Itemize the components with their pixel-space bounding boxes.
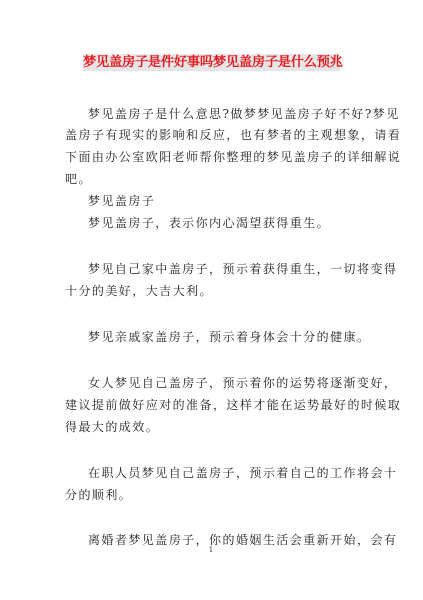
- text-line: 梦见盖房子: [88, 193, 380, 209]
- text-line: 离婚者梦见盖房子，你的婚姻生活会重新开始，会有: [88, 532, 380, 548]
- text-line: 十分的美好，大吉大利。: [65, 283, 357, 299]
- text-line: 女人梦见自己盖房子，预示着你的运势将逐渐变好，: [88, 375, 380, 391]
- text-line: 下面由办公室欧阳老师帮你整理的梦见盖房子的详细解说: [65, 149, 357, 165]
- text-line: 盖房子有现实的影响和反应，也有梦者的主观想象，请看: [65, 127, 357, 143]
- text-line: 梦见盖房子是什么意思?做梦梦见盖房子好不好?梦见: [88, 106, 380, 122]
- document-title: 梦见盖房子是件好事吗梦见盖房子是什么预兆: [83, 54, 340, 71]
- text-line: 在职人员梦见自己盖房子，预示着自己的工作将会十: [88, 465, 380, 481]
- text-line: 梦见盖房子，表示你内心渴望获得重生。: [88, 215, 380, 231]
- text-line: 得最大的成效。: [65, 419, 357, 435]
- text-line: 梦见自己家中盖房子，预示着获得重生，一切将变得: [88, 261, 380, 277]
- text-line: 吧。: [65, 171, 357, 187]
- text-line: 梦见亲戚家盖房子，预示着身体会十分的健康。: [88, 329, 380, 345]
- page-number: 1: [206, 546, 216, 554]
- text-line: 分的顺利。: [65, 487, 357, 503]
- text-line: 建议提前做好应对的准备，这样才能在运势最好的时候取: [65, 397, 357, 413]
